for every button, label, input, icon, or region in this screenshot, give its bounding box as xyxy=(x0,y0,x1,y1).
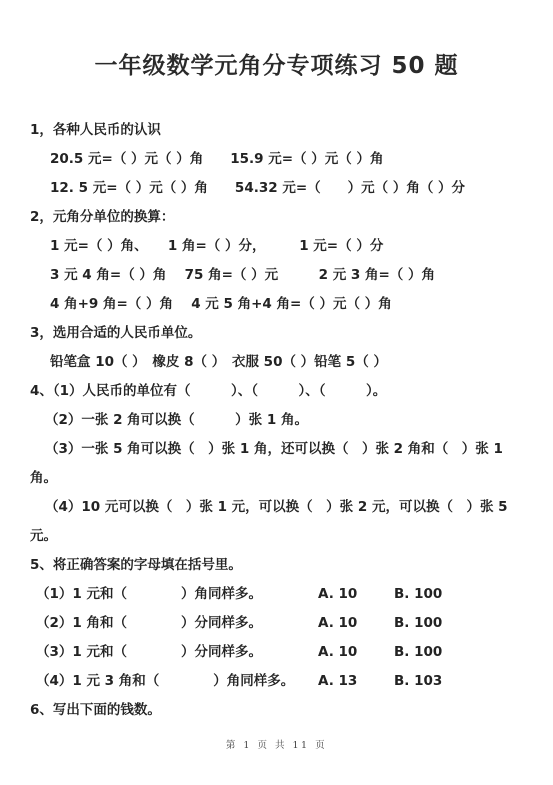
question-4-item-3: （3）一张 5 角可以换（ ）张 1 角，还可以换（ ）张 2 角和（ ）张 1… xyxy=(30,435,535,493)
worksheet-body: 1，各种人民币的认识 20.5 元=（ ）元（ ）角 15.9 元=（ ）元（ … xyxy=(0,82,553,725)
choice-question: （3）1 元和（ ）分同样多。 xyxy=(36,638,318,667)
choice-option-b: B. 100 xyxy=(394,609,442,638)
question-2-line-2: 3 元 4 角=（ ）角 75 角=（ ）元 2 元 3 角=（ ）角 xyxy=(30,261,535,290)
choice-option-a: A. 10 xyxy=(318,609,394,638)
choice-question: （4）1 元 3 角和（ ）角同样多。 xyxy=(36,667,318,696)
question-4-item-1: 4、（1）人民币的单位有（ ）、（ ）、（ ）。 xyxy=(30,377,535,406)
page-title: 一年级数学元角分专项练习 50 题 xyxy=(0,0,553,82)
question-6-heading: 6、写出下面的钱数。 xyxy=(30,696,535,725)
question-5-row-2: （2）1 角和（ ）分同样多。 A. 10 B. 100 xyxy=(30,609,535,638)
question-3-heading: 3，选用合适的人民币单位。 xyxy=(30,319,535,348)
question-1-line-1: 20.5 元=（ ）元（ ）角 15.9 元=（ ）元（ ）角 xyxy=(30,145,535,174)
page-number-footer: 第 1 页 共 11 页 xyxy=(0,737,553,751)
question-5-row-3: （3）1 元和（ ）分同样多。 A. 10 B. 100 xyxy=(30,638,535,667)
choice-option-b: B. 103 xyxy=(394,667,442,696)
question-3-line-1: 铅笔盒 10（ ） 橡皮 8（ ） 衣服 50（ ）铅笔 5（ ） xyxy=(30,348,535,377)
choice-option-b: B. 100 xyxy=(394,638,442,667)
question-5-row-4: （4）1 元 3 角和（ ）角同样多。 A. 13 B. 103 xyxy=(30,667,535,696)
choice-option-a: A. 10 xyxy=(318,580,394,609)
question-2-heading: 2，元角分单位的换算： xyxy=(30,203,535,232)
choice-option-a: A. 13 xyxy=(318,667,394,696)
question-2-line-3: 4 角+9 角=（ ）角 4 元 5 角+4 角=（ ）元（ ）角 xyxy=(30,290,535,319)
question-4-item-2: （2）一张 2 角可以换（ ）张 1 角。 xyxy=(30,406,535,435)
question-5-row-1: （1）1 元和（ ）角同样多。 A. 10 B. 100 xyxy=(30,580,535,609)
question-2-line-1: 1 元=（ ）角、 1 角=（ ）分， 1 元=（ ）分 xyxy=(30,232,535,261)
question-5-heading: 5、将正确答案的字母填在括号里。 xyxy=(30,551,535,580)
worksheet-page: 一年级数学元角分专项练习 50 题 1，各种人民币的认识 20.5 元=（ ）元… xyxy=(0,0,553,785)
question-1-heading: 1，各种人民币的认识 xyxy=(30,116,535,145)
choice-question: （2）1 角和（ ）分同样多。 xyxy=(36,609,318,638)
choice-option-b: B. 100 xyxy=(394,580,442,609)
choice-option-a: A. 10 xyxy=(318,638,394,667)
question-4-item-4: （4）10 元可以换（ ）张 1 元，可以换（ ）张 2 元，可以换（ ）张 5… xyxy=(30,493,535,551)
question-1-line-2: 12. 5 元=（ ）元（ ）角 54.32 元=（ ）元（ ）角（ ）分 xyxy=(30,174,535,203)
choice-question: （1）1 元和（ ）角同样多。 xyxy=(36,580,318,609)
